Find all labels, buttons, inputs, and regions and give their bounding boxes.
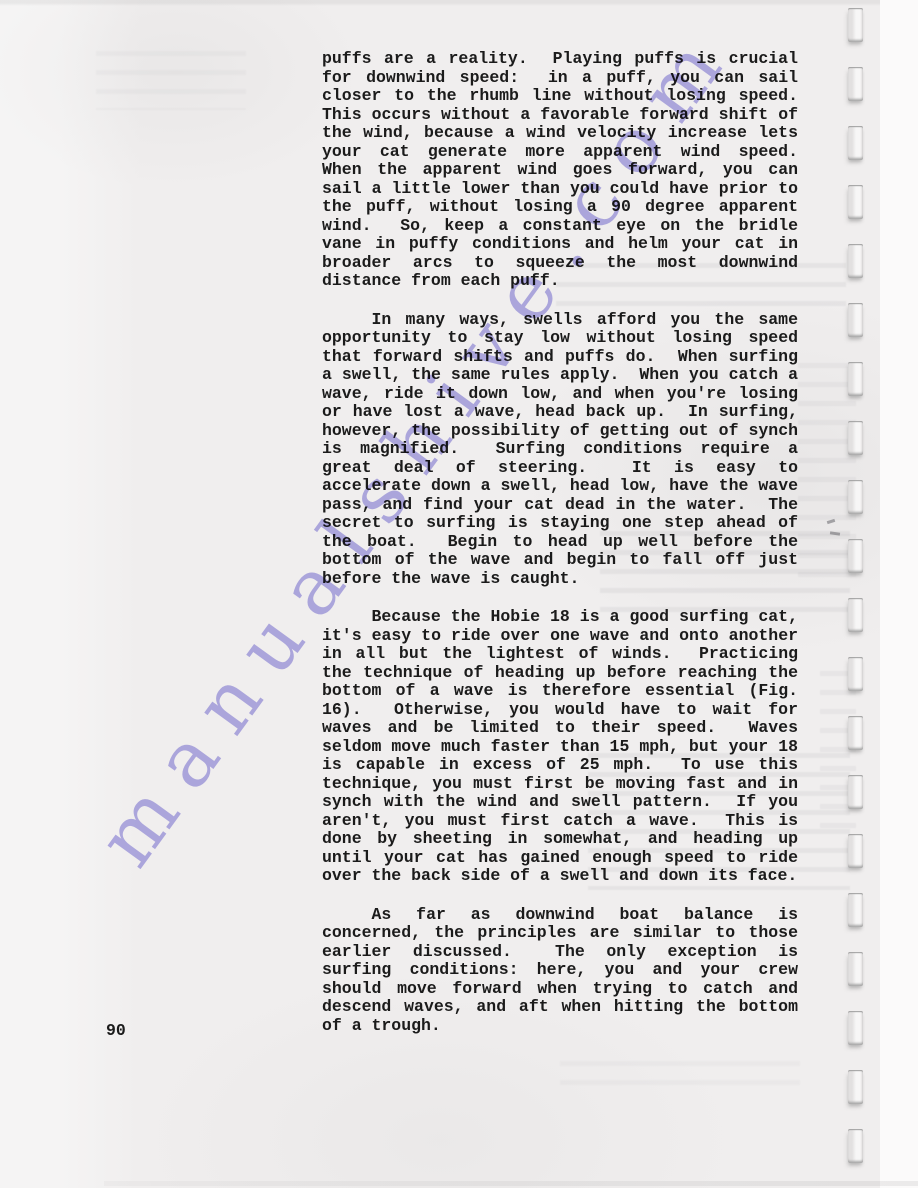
binding-hole xyxy=(848,67,863,101)
text-line: or have lost a wave, head back up. In su… xyxy=(322,403,798,422)
text-line: the technique of heading up before reach… xyxy=(322,664,798,683)
paragraph: puffs are a reality. Playing puffs is cr… xyxy=(322,50,798,291)
text-line: is magnified. Surfing conditions require… xyxy=(322,440,798,459)
binding-hole xyxy=(848,834,863,868)
text-line: of a trough. xyxy=(322,1017,798,1036)
binding-hole xyxy=(848,775,863,809)
binding-hole xyxy=(848,657,863,691)
text-line: In many ways, swells afford you the same xyxy=(322,311,798,330)
text-line: surfing conditions: here, you and your c… xyxy=(322,961,798,980)
text-line: it's easy to ride over one wave and onto… xyxy=(322,627,798,646)
binding-hole xyxy=(848,1011,863,1045)
text-line: that forward shifts and puffs do. When s… xyxy=(322,348,798,367)
page-number: 90 xyxy=(106,1022,126,1041)
text-line: This occurs without a favorable forward … xyxy=(322,106,798,125)
binding-hole xyxy=(848,893,863,927)
text-line: over the back side of a swell and down i… xyxy=(322,867,798,886)
text-line: puffs are a reality. Playing puffs is cr… xyxy=(322,50,798,69)
bleed-through-smudge xyxy=(560,1050,800,1090)
text-line: concerned, the principles are similar to… xyxy=(322,924,798,943)
binding-hole xyxy=(848,8,863,42)
bleed-through-smudge xyxy=(96,40,246,110)
body-text: puffs are a reality. Playing puffs is cr… xyxy=(322,50,798,1055)
binding-hole xyxy=(848,539,863,573)
text-line: a swell, the same rules apply. When you … xyxy=(322,366,798,385)
text-line: for downwind speed: in a puff, you can s… xyxy=(322,69,798,88)
binding-hole xyxy=(848,126,863,160)
text-line: secret to surfing is staying one step ah… xyxy=(322,514,798,533)
text-line: great deal of steering. It is easy to xyxy=(322,459,798,478)
text-line: is capable in excess of 25 mph. To use t… xyxy=(322,756,798,775)
text-line: before the wave is caught. xyxy=(322,570,798,589)
text-line: seldom move much faster than 15 mph, but… xyxy=(322,738,798,757)
text-line: in all but the lightest of winds. Practi… xyxy=(322,645,798,664)
text-line: however, the possibility of getting out … xyxy=(322,422,798,441)
text-line: As far as downwind boat balance is xyxy=(322,906,798,925)
text-line: done by sheeting in somewhat, and headin… xyxy=(322,830,798,849)
text-line: technique, you must first be moving fast… xyxy=(322,775,798,794)
paragraph: As far as downwind boat balance isconcer… xyxy=(322,906,798,1036)
text-line: 16). Otherwise, you would have to wait f… xyxy=(322,701,798,720)
binding-hole xyxy=(848,303,863,337)
text-line: bottom of the wave and begin to fall off… xyxy=(322,551,798,570)
text-line: vane in puffy conditions and helm your c… xyxy=(322,235,798,254)
binding-hole xyxy=(848,362,863,396)
text-line: the boat. Begin to head up well before t… xyxy=(322,533,798,552)
text-line: the wind, because a wind velocity increa… xyxy=(322,124,798,143)
text-line: until your cat has gained enough speed t… xyxy=(322,849,798,868)
binding-hole xyxy=(848,1129,863,1163)
binding-hole xyxy=(848,421,863,455)
text-line: broader arcs to squeeze the most downwin… xyxy=(322,254,798,273)
text-line: wind. So, keep a constant eye on the bri… xyxy=(322,217,798,236)
text-line: opportunity to stay low without losing s… xyxy=(322,329,798,348)
text-line: waves and be limited to their speed. Wav… xyxy=(322,719,798,738)
binding-hole xyxy=(848,716,863,750)
text-line: your cat generate more apparent wind spe… xyxy=(322,143,798,162)
text-line: When the apparent wind goes forward, you… xyxy=(322,161,798,180)
text-line: accelerate down a swell, head low, have … xyxy=(322,477,798,496)
text-line: the puff, without losing a 90 degree app… xyxy=(322,198,798,217)
binding-hole xyxy=(848,244,863,278)
text-line: bottom of a wave is therefore essential … xyxy=(322,682,798,701)
binding-hole xyxy=(848,480,863,514)
paragraph: In many ways, swells afford you the same… xyxy=(322,311,798,589)
text-line: sail a little lower than you could have … xyxy=(322,180,798,199)
text-line: earlier discussed. The only exception is xyxy=(322,943,798,962)
text-line: closer to the rhumb line without losing … xyxy=(322,87,798,106)
scan-edge-shadow xyxy=(104,1181,918,1186)
paragraph: Because the Hobie 18 is a good surfing c… xyxy=(322,608,798,886)
text-line: pass, and find your cat dead in the wate… xyxy=(322,496,798,515)
text-line: wave, ride it down low, and when you're … xyxy=(322,385,798,404)
binding-hole xyxy=(848,185,863,219)
binding-hole xyxy=(848,952,863,986)
text-line: distance from each puff. xyxy=(322,272,798,291)
text-line: should move forward when trying to catch… xyxy=(322,980,798,999)
text-line: synch with the wind and swell pattern. I… xyxy=(322,793,798,812)
text-line: Because the Hobie 18 is a good surfing c… xyxy=(322,608,798,627)
text-line: aren't, you must first catch a wave. Thi… xyxy=(322,812,798,831)
text-line: descend waves, and aft when hitting the … xyxy=(322,998,798,1017)
binding-hole xyxy=(848,1070,863,1104)
binding-hole xyxy=(848,598,863,632)
binding-rail xyxy=(848,8,863,1163)
